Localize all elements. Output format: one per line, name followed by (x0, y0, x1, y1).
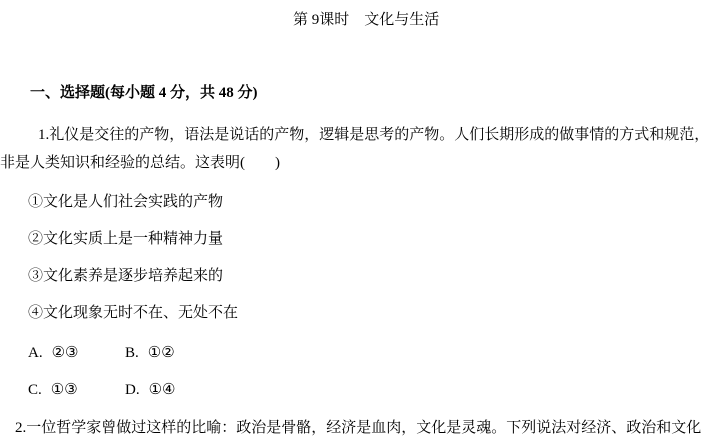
choice-b-value: ①② (148, 344, 175, 363)
question-1-statement-4: ④文化现象无时不在、无处不在 (28, 304, 238, 323)
question-1-statement-3: ③文化素养是逐步培养起来的 (28, 267, 223, 286)
choice-a-label: A. (28, 344, 43, 363)
choice-c-value: ①③ (51, 381, 78, 400)
choice-a-value: ②③ (52, 344, 79, 363)
choice-c: C. ①③ (28, 381, 78, 400)
choice-b: B. ①② (125, 344, 175, 363)
page-title: 第 9课时 文化与生活 (293, 11, 439, 30)
question-1-text-line-2: 非是人类知识和经验的总结。这表明( ) (0, 154, 280, 173)
choice-d-value: ①④ (149, 381, 176, 400)
exam-document-page: 第 9课时 文化与生活 一、选择题(每小题 4 分，共 48 分) 1.礼仪是交… (0, 0, 704, 442)
question-2-text-line-1: 2.一位哲学家曾做过这样的比喻：政治是骨骼，经济是血肉，文化是灵魂。下列说法对经… (15, 419, 701, 438)
section-heading: 一、选择题(每小题 4 分，共 48 分) (30, 84, 258, 103)
choice-d: D. ①④ (125, 381, 176, 400)
question-1-statement-2: ②文化实质上是一种精神力量 (28, 230, 223, 249)
question-1-statement-1: ①文化是人们社会实践的产物 (28, 193, 223, 212)
choice-d-label: D. (125, 381, 140, 400)
question-1-text-line-1: 1.礼仪是交往的产物，语法是说话的产物，逻辑是思考的产物。人们长期形成的做事情的… (38, 126, 704, 145)
choice-a: A. ②③ (28, 344, 79, 363)
choice-c-label: C. (28, 381, 42, 400)
choice-b-label: B. (125, 344, 139, 363)
